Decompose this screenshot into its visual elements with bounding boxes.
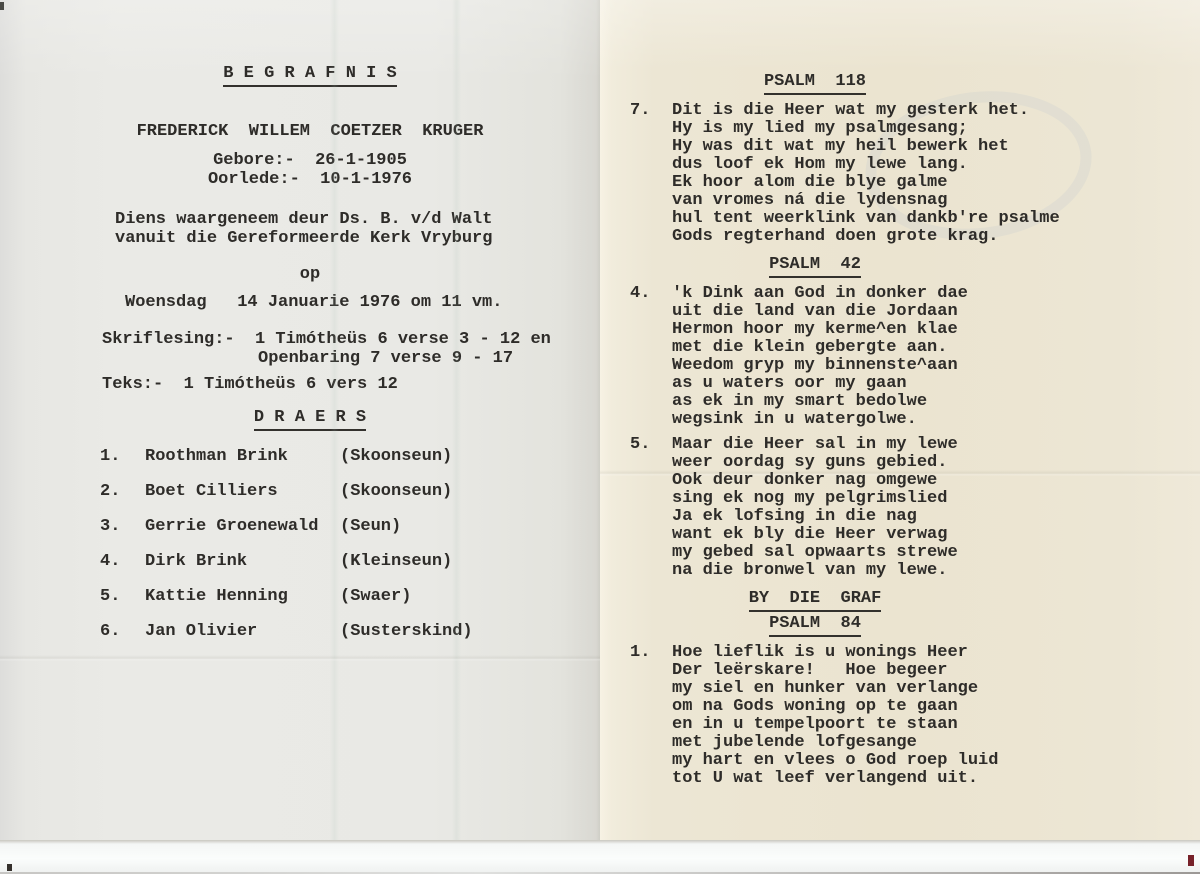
bearer-name: Dirk Brink (145, 552, 340, 571)
verse-lines: Maar die Heer sal in my leweweer oordag … (672, 436, 958, 580)
psalm-verse: 1.Hoe lieflik is u wonings HeerDer leërs… (630, 644, 1160, 788)
verse-number: 4. (630, 285, 672, 429)
verse-line: Ja ek lofsing in die nag (672, 508, 958, 526)
psalm-heading-row: PSALM 42 (630, 255, 1000, 278)
verse-line: Dit is die Heer wat my gesterk het. (672, 102, 1060, 120)
verse-line: hul tent weerklink van dankb're psalme (672, 210, 1060, 228)
bearer-relation: (Skoonseun) (340, 447, 452, 466)
bearer-relation: (Swaer) (340, 587, 411, 606)
paper-crease (0, 655, 600, 661)
verse-line: na die bronwel van my lewe. (672, 562, 958, 580)
psalm-heading-row: PSALM 118 (630, 72, 1000, 95)
verse-line: as ek in my smart bedolwe (672, 393, 968, 411)
paper-crease (330, 0, 339, 840)
verse-line: wegsink in u watergolwe. (672, 411, 968, 429)
verse-line: om na Gods woning op te gaan (672, 698, 998, 716)
verse-line: Hoe lieflik is u wonings Heer (672, 644, 998, 662)
right-page: PSALM 1187.Dit is die Heer wat my gester… (600, 0, 1200, 840)
bearer-relation: (Skoonseun) (340, 482, 452, 501)
verse-line: Maar die Heer sal in my lewe (672, 436, 958, 454)
bearer-number: 3. (100, 517, 145, 536)
scan-speck (1188, 855, 1194, 866)
bearer-name: Roothman Brink (145, 447, 340, 466)
bearer-name: Jan Olivier (145, 622, 340, 641)
psalm-verse: 4.'k Dink aan God in donker daeuit die l… (630, 285, 1160, 429)
verse-number: 1. (630, 644, 672, 788)
psalm-heading: PSALM 42 (769, 255, 861, 278)
bearer-name: Kattie Henning (145, 587, 340, 606)
psalm-subheading: BY DIE GRAF (749, 589, 882, 612)
bearers-heading: D R A E R S (254, 408, 366, 431)
verse-number: 7. (630, 102, 672, 246)
verse-line: Hy was dit wat my heil bewerk het (672, 138, 1060, 156)
verse-line: Hy is my lied my psalmgesang; (672, 120, 1060, 138)
verse-line: my siel en hunker van verlange (672, 680, 998, 698)
verse-line: weer oordag sy guns gebied. (672, 454, 958, 472)
left-page: B E G R A F N I S FREDERICK WILLEM COETZ… (0, 0, 600, 840)
psalm-heading: PSALM 84 (769, 614, 861, 637)
verse-line: Gods regterhand doen grote krag. (672, 228, 1060, 246)
scanner-background-strip (0, 840, 1200, 874)
psalm-heading: PSALM 118 (764, 72, 866, 95)
bearer-name: Boet Cilliers (145, 482, 340, 501)
verse-line: sing ek nog my pelgrimslied (672, 490, 958, 508)
verse-line: 'k Dink aan God in donker dae (672, 285, 968, 303)
verse-line: met die klein gebergte aan. (672, 339, 968, 357)
verse-line: Ek hoor alom die blye galme (672, 174, 1060, 192)
scan-speck (0, 2, 4, 10)
psalm-subheading-row: BY DIE GRAF (630, 589, 1000, 612)
verse-line: as u waters oor my gaan (672, 375, 968, 393)
scan-speck (7, 864, 12, 871)
bearer-number: 2. (100, 482, 145, 501)
verse-line: en in u tempelpoort te staan (672, 716, 998, 734)
bearer-number: 5. (100, 587, 145, 606)
bearer-number: 4. (100, 552, 145, 571)
verse-lines: Hoe lieflik is u wonings HeerDer leërska… (672, 644, 998, 788)
bearer-relation: (Kleinseun) (340, 552, 452, 571)
verse-line: dus loof ek Hom my lewe lang. (672, 156, 1060, 174)
verse-line: uit die land van die Jordaan (672, 303, 968, 321)
bearer-number: 1. (100, 447, 145, 466)
verse-line: Weedom gryp my binnenste^aan (672, 357, 968, 375)
verse-line: van vromes ná die lydensnag (672, 192, 1060, 210)
psalm-verse: 7.Dit is die Heer wat my gesterk het.Hy … (630, 102, 1160, 246)
verse-lines: Dit is die Heer wat my gesterk het.Hy is… (672, 102, 1060, 246)
psalms-column: PSALM 1187.Dit is die Heer wat my gester… (600, 0, 1200, 788)
bearer-number: 6. (100, 622, 145, 641)
bearer-relation: (Seun) (340, 517, 401, 536)
verse-line: my gebed sal opwaarts strewe (672, 544, 958, 562)
verse-line: tot U wat leef verlangend uit. (672, 770, 998, 788)
verse-line: Der leërskare! Hoe begeer (672, 662, 998, 680)
bearer-name: Gerrie Groenewald (145, 517, 340, 536)
psalm-heading-row: PSALM 84 (630, 614, 1000, 637)
verse-line: Hermon hoor my kerme^en klae (672, 321, 968, 339)
verse-lines: 'k Dink aan God in donker daeuit die lan… (672, 285, 968, 429)
psalm-verse: 5.Maar die Heer sal in my leweweer oorda… (630, 436, 1160, 580)
verse-line: met jubelende lofgesange (672, 734, 998, 752)
program-title: B E G R A F N I S (223, 64, 396, 87)
verse-line: want ek bly die Heer verwag (672, 526, 958, 544)
verse-number: 5. (630, 436, 672, 580)
verse-line: Ook deur donker nag omgewe (672, 472, 958, 490)
scripture-reading-line-2: Openbaring 7 verse 9 - 17 (258, 349, 520, 368)
paper-crease (452, 0, 461, 840)
verse-line: my hart en vlees o God roep luid (672, 752, 998, 770)
